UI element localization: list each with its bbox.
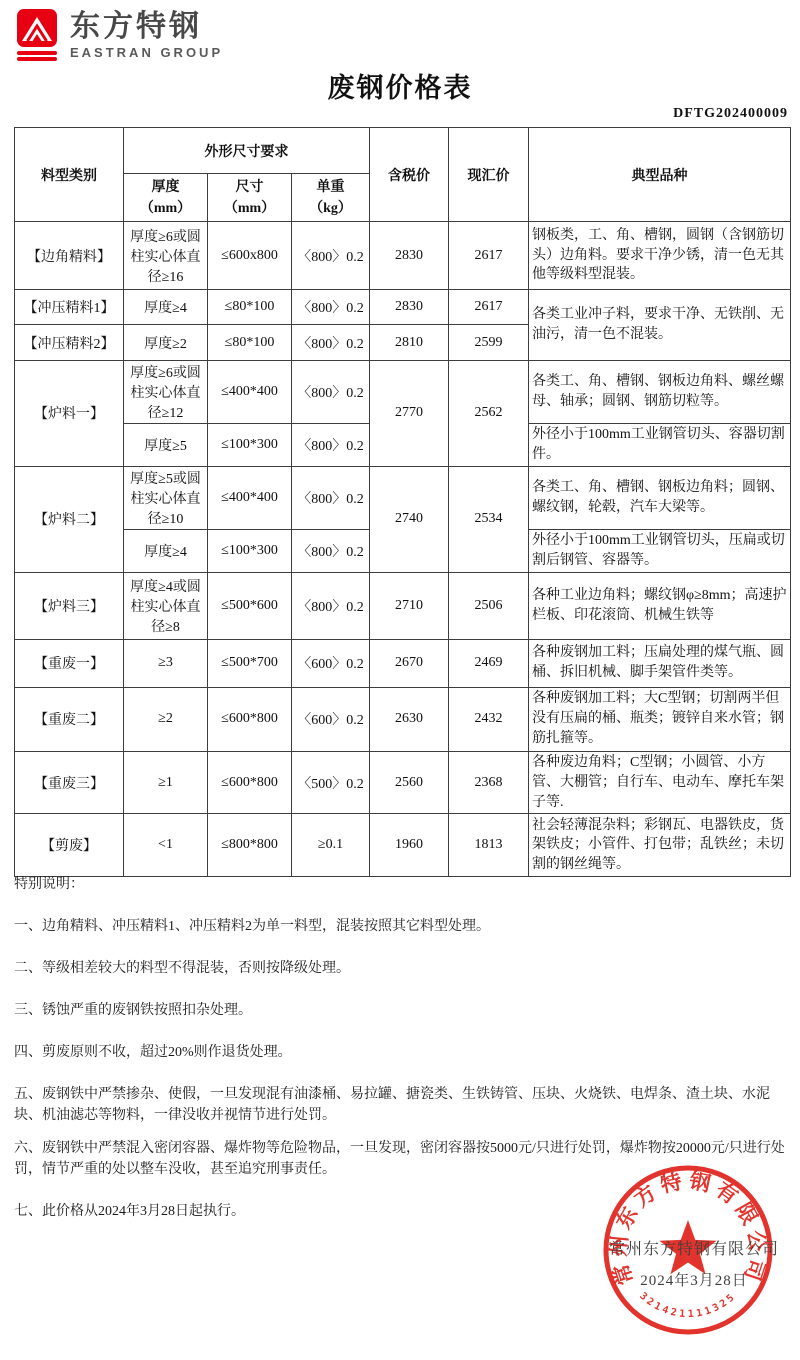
note-item: 四、剪废原则不收，超过20%则作退货处理。 <box>14 1042 790 1063</box>
table-row: 【边角精料】 厚度≥6或圆柱实心体直径≥16 ≤600x800 〈800〉0.2… <box>15 222 791 290</box>
unit-weight-cell: 〈800〉0.2 <box>292 424 370 467</box>
table-header-row-1: 料型类别 外形尺寸要求 含税价 现汇价 典型品种 <box>15 128 791 174</box>
category-cell: 【冲压精料2】 <box>15 325 124 361</box>
size-cell: ≤800*800 <box>208 814 292 877</box>
footer-date: 2024年3月28日 <box>574 1269 800 1290</box>
col-header-size: 尺寸 （mm） <box>208 174 292 222</box>
doc-number: DFTG202400009 <box>673 106 788 122</box>
size-cell: ≤600*800 <box>208 687 292 751</box>
typical-cell: 外径小于100mm工业钢管切头、容器切割件。 <box>529 424 791 467</box>
thickness-cell: 厚度≥5 <box>124 424 208 467</box>
cash-price-cell: 2617 <box>449 290 529 325</box>
size-cell: ≤600x800 <box>208 222 292 290</box>
typical-cell: 社会轻薄混杂料；彩钢瓦、电器铁皮，货架铁皮；小管件、打包带；乱铁丝；未切割的钢丝… <box>529 814 791 877</box>
note-item: 一、边角精料、冲压精料1、冲压精料2为单一料型，混装按照其它料型处理。 <box>14 916 790 937</box>
unit-weight-cell: 〈600〉0.2 <box>292 687 370 751</box>
tax-price-cell: 2560 <box>370 751 449 814</box>
category-cell: 【重废一】 <box>15 639 124 687</box>
table-row: 【剪废】 <1 ≤800*800 ≥0.1 1960 1813 社会轻薄混杂料；… <box>15 814 791 877</box>
price-table: 料型类别 外形尺寸要求 含税价 现汇价 典型品种 厚度 （mm） 尺寸 （mm）… <box>14 127 791 877</box>
tax-price-cell: 1960 <box>370 814 449 877</box>
unit-weight-cell: 〈500〉0.2 <box>292 751 370 814</box>
typical-cell: 各类工业冲子料，要求干净、无铁削、无油污，清一色不混装。 <box>529 290 791 361</box>
category-cell: 【剪废】 <box>15 814 124 877</box>
unit-weight-cell: ≥0.1 <box>292 814 370 877</box>
tax-price-cell: 2630 <box>370 687 449 751</box>
unit-weight-cell: 〈800〉0.2 <box>292 290 370 325</box>
table-row: 【炉料二】 厚度≥5或圆柱实心体直径≥10 ≤400*400 〈800〉0.2 … <box>15 466 791 529</box>
table-row: 【炉料一】 厚度≥6或圆柱实心体直径≥12 ≤400*400 〈800〉0.2 … <box>15 361 791 424</box>
table-row: 【重废三】 ≥1 ≤600*800 〈500〉0.2 2560 2368 各种废… <box>15 751 791 814</box>
note-item: 五、废钢铁中严禁掺杂、使假，一旦发现混有油漆桶、易拉罐、搪瓷类、生铁铸管、压块、… <box>14 1084 790 1126</box>
eastran-logo-icon <box>14 8 60 62</box>
size-cell: ≤500*600 <box>208 572 292 639</box>
page-title: 废钢价格表 <box>0 66 800 105</box>
cash-price-cell: 2562 <box>449 361 529 467</box>
tax-price-cell: 2670 <box>370 639 449 687</box>
unit-weight-cell: 〈800〉0.2 <box>292 325 370 361</box>
cash-price-cell: 1813 <box>449 814 529 877</box>
thickness-cell: 厚度≥4 <box>124 529 208 572</box>
category-cell: 【重废二】 <box>15 687 124 751</box>
col-header-tax-price: 含税价 <box>370 128 449 222</box>
brand-logo: 东方特钢 EASTRAN GROUP <box>14 8 223 62</box>
tax-price-cell: 2710 <box>370 572 449 639</box>
cash-price-cell: 2617 <box>449 222 529 290</box>
size-cell: ≤100*300 <box>208 529 292 572</box>
size-cell: ≤500*700 <box>208 639 292 687</box>
size-cell: ≤600*800 <box>208 751 292 814</box>
col-header-category: 料型类别 <box>15 128 124 222</box>
typical-cell: 各种废钢加工料；压扁处理的煤气瓶、圆桶、拆旧机械、脚手架管件类等。 <box>529 639 791 687</box>
thickness-cell: 厚度≥4或圆柱实心体直径≥8 <box>124 572 208 639</box>
typical-cell: 钢板类，工、角、槽钢，圆钢（含钢筋切头）边角料。要求干净少锈，清一色无其他等级料… <box>529 222 791 290</box>
cash-price-cell: 2599 <box>449 325 529 361</box>
category-cell: 【重废三】 <box>15 751 124 814</box>
notes-title: 特别说明： <box>14 874 790 895</box>
category-cell: 【炉料二】 <box>15 466 124 572</box>
col-header-unit-weight: 单重 （kg） <box>292 174 370 222</box>
thickness-cell: ≥3 <box>124 639 208 687</box>
thickness-cell: 厚度≥6或圆柱实心体直径≥16 <box>124 222 208 290</box>
category-cell: 【边角精料】 <box>15 222 124 290</box>
brand-name-cn: 东方特钢 <box>70 12 223 42</box>
typical-cell: 外径小于100mm工业钢管切头，压扁或切割后钢管、容器等。 <box>529 529 791 572</box>
table-row: 【重废一】 ≥3 ≤500*700 〈600〉0.2 2670 2469 各种废… <box>15 639 791 687</box>
unit-weight-cell: 〈800〉0.2 <box>292 466 370 529</box>
thickness-cell: ≥2 <box>124 687 208 751</box>
cash-price-cell: 2506 <box>449 572 529 639</box>
tax-price-cell: 2770 <box>370 361 449 467</box>
svg-text:321421111325: 321421111325 <box>637 1291 739 1321</box>
category-cell: 【炉料三】 <box>15 572 124 639</box>
unit-weight-cell: 〈600〉0.2 <box>292 639 370 687</box>
typical-cell: 各种废边角料；C型钢；小圆管、小方管、大棚管；自行车、电动车、摩托车架子等. <box>529 751 791 814</box>
note-item: 二、等级相差较大的料型不得混装，否则按降级处理。 <box>14 958 790 979</box>
typical-cell: 各类工、角、槽钢、钢板边角料、螺丝螺母、轴承；圆钢、钢筋切粒等。 <box>529 361 791 424</box>
tax-price-cell: 2830 <box>370 222 449 290</box>
thickness-cell: 厚度≥4 <box>124 290 208 325</box>
brand-text: 东方特钢 EASTRAN GROUP <box>70 12 223 59</box>
cash-price-cell: 2534 <box>449 466 529 572</box>
size-cell: ≤400*400 <box>208 466 292 529</box>
category-cell: 【炉料一】 <box>15 361 124 467</box>
seal-serial-number: 321421111325 <box>637 1291 739 1321</box>
table-row: 【重废二】 ≥2 ≤600*800 〈600〉0.2 2630 2432 各种废… <box>15 687 791 751</box>
size-cell: ≤80*100 <box>208 325 292 361</box>
col-header-thickness: 厚度 （mm） <box>124 174 208 222</box>
note-item: 三、锈蚀严重的废钢铁按照扣杂处理。 <box>14 1000 790 1021</box>
thickness-cell: 厚度≥2 <box>124 325 208 361</box>
thickness-cell: ≥1 <box>124 751 208 814</box>
typical-cell: 各种工业边角料；螺纹钢φ≥8mm；高速护栏板、印花滚筒、机械生铁等 <box>529 572 791 639</box>
cash-price-cell: 2469 <box>449 639 529 687</box>
col-header-typical: 典型品种 <box>529 128 791 222</box>
table-row: 【冲压精料1】 厚度≥4 ≤80*100 〈800〉0.2 2830 2617 … <box>15 290 791 325</box>
tax-price-cell: 2830 <box>370 290 449 325</box>
cash-price-cell: 2432 <box>449 687 529 751</box>
brand-name-en: EASTRAN GROUP <box>70 46 223 59</box>
size-cell: ≤400*400 <box>208 361 292 424</box>
thickness-cell: 厚度≥6或圆柱实心体直径≥12 <box>124 361 208 424</box>
category-cell: 【冲压精料1】 <box>15 290 124 325</box>
size-cell: ≤100*300 <box>208 424 292 467</box>
typical-cell: 各类工、角、槽钢、钢板边角料；圆钢、螺纹钢，轮毂，汽车大梁等。 <box>529 466 791 529</box>
col-header-cash-price: 现汇价 <box>449 128 529 222</box>
tax-price-cell: 2810 <box>370 325 449 361</box>
cash-price-cell: 2368 <box>449 751 529 814</box>
col-header-dimensions: 外形尺寸要求 <box>124 128 370 174</box>
unit-weight-cell: 〈800〉0.2 <box>292 361 370 424</box>
typical-cell: 各种废钢加工料；大C型钢；切割两半但没有压扁的桶、瓶类；镀锌自来水管；钢筋扎箍等… <box>529 687 791 751</box>
footer-company-name: 常州东方特钢有限公司 <box>574 1236 800 1259</box>
thickness-cell: <1 <box>124 814 208 877</box>
unit-weight-cell: 〈800〉0.2 <box>292 222 370 290</box>
unit-weight-cell: 〈800〉0.2 <box>292 529 370 572</box>
thickness-cell: 厚度≥5或圆柱实心体直径≥10 <box>124 466 208 529</box>
unit-weight-cell: 〈800〉0.2 <box>292 572 370 639</box>
size-cell: ≤80*100 <box>208 290 292 325</box>
tax-price-cell: 2740 <box>370 466 449 572</box>
table-row: 【炉料三】 厚度≥4或圆柱实心体直径≥8 ≤500*600 〈800〉0.2 2… <box>15 572 791 639</box>
